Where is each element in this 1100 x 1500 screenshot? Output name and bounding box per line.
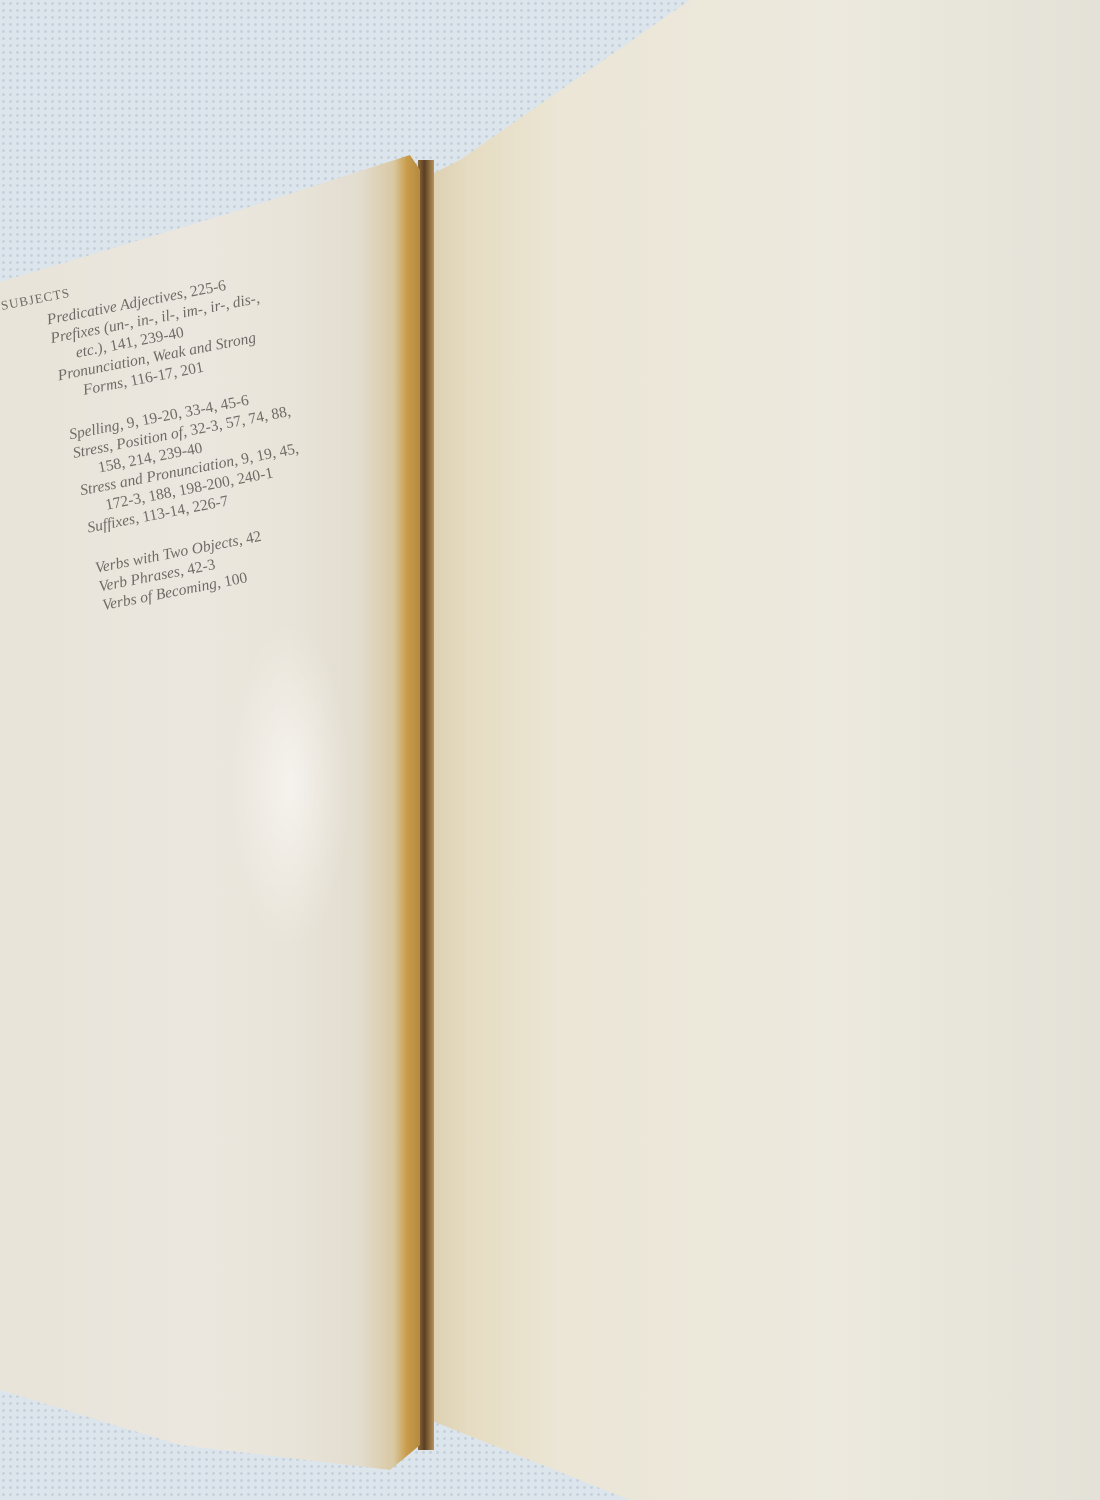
page-glare — [230, 620, 350, 950]
right-page — [430, 0, 1100, 1500]
subject-index: ) SUBJECTS Predicative Adjectives, 225-6… — [0, 224, 440, 649]
book-gutter — [418, 160, 434, 1450]
